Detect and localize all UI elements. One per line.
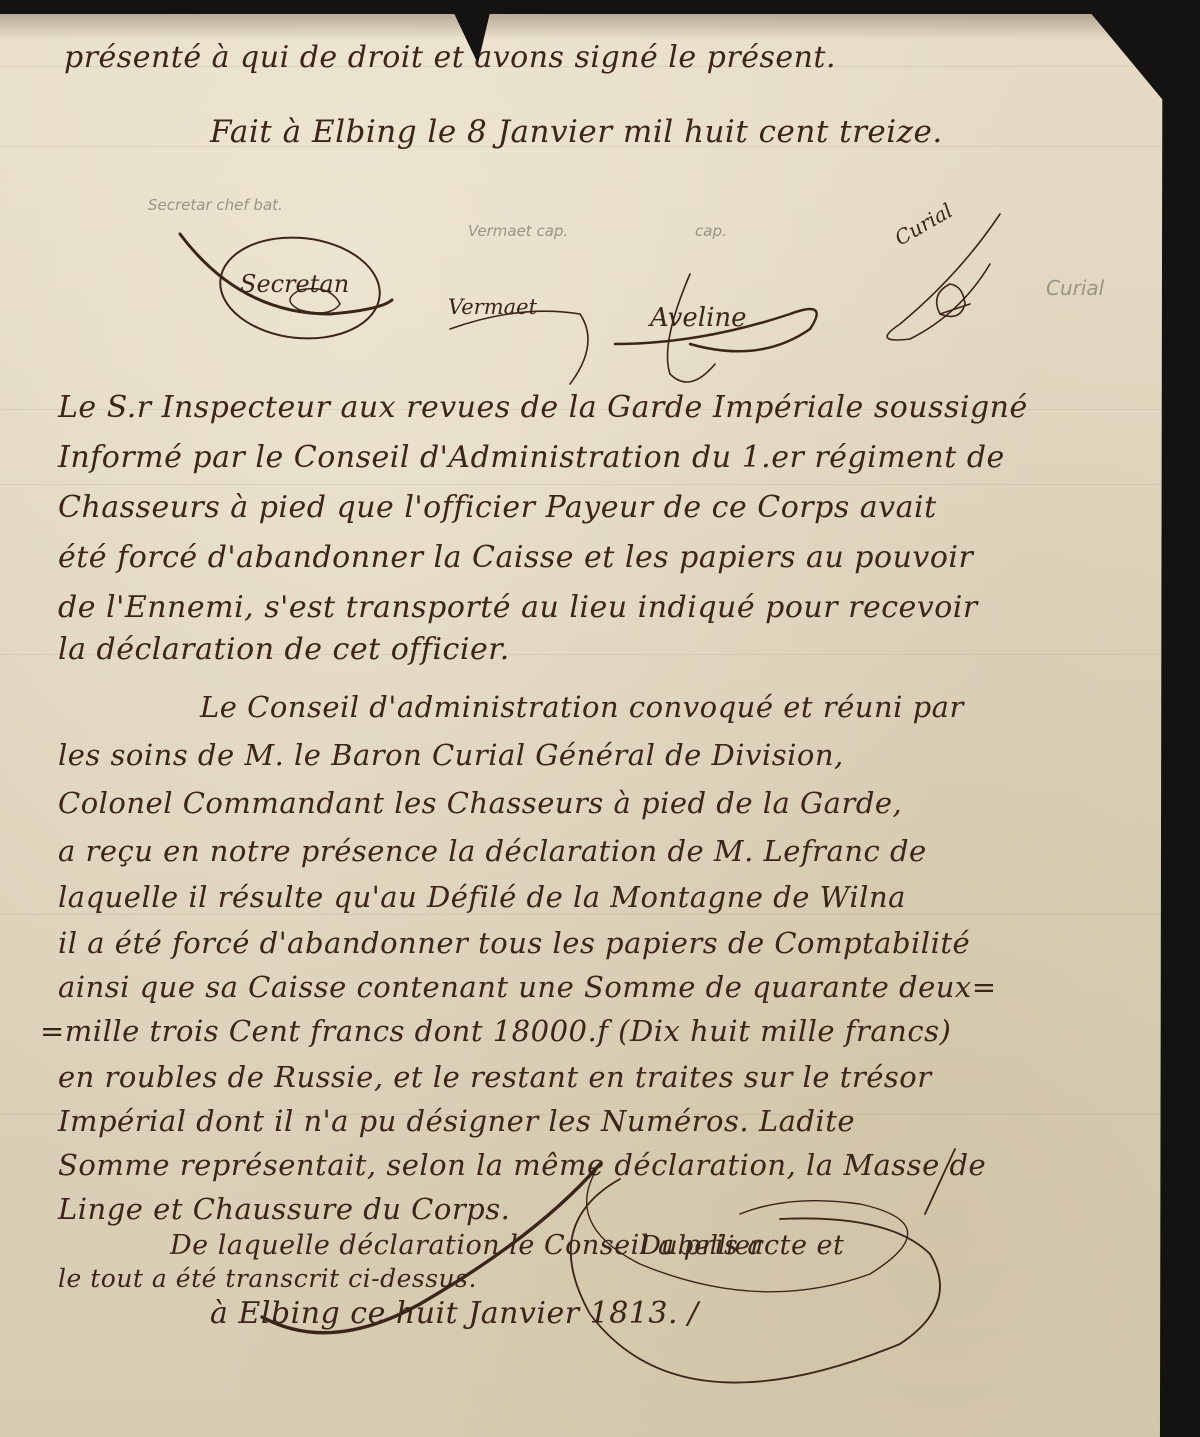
body-p2-line-5: laquelle il résulte qu'au Défilé de la M…	[58, 880, 906, 914]
body-p2-line-2: les soins de M. le Baron Curial Général …	[58, 738, 844, 772]
pencil-note-cap: cap.	[695, 222, 727, 240]
body-p1-line-6: la déclaration de cet officier.	[58, 632, 510, 667]
body-p1-line-5: de l'Ennemi, s'est transporté au lieu in…	[58, 590, 978, 625]
body-p3-line-2: le tout a été transcrit ci-dessus.	[58, 1264, 477, 1293]
manuscript-page: présenté à qui de droit et avons signé l…	[0, 14, 1180, 1437]
body-p2-line-3: Colonel Commandant les Chasseurs à pied …	[58, 786, 902, 820]
ruled-line	[0, 484, 1180, 485]
body-p3-line-1: De laquelle déclaration le Conseil a pri…	[170, 1230, 844, 1261]
body-p2-line-1: Le Conseil d'administration convoqué et …	[200, 690, 964, 724]
signature-first: Secretan	[240, 270, 349, 298]
body-p2-line-12: Linge et Chaussure du Corps.	[58, 1192, 510, 1226]
body-p1-line-1: Le S.r Inspecteur aux revues de la Garde…	[58, 390, 1028, 425]
body-p2-line-10: Impérial dont il n'a pu désigner les Num…	[58, 1104, 855, 1138]
body-p1-line-2: Informé par le Conseil d'Administration …	[58, 440, 1005, 475]
body-p2-line-4: a reçu en notre présence la déclaration …	[58, 834, 927, 868]
body-p2-line-9: en roubles de Russie, et le restant en t…	[58, 1060, 932, 1094]
signature-third: Aveline	[648, 303, 747, 333]
header-line-2: Fait à Elbing le 8 Janvier mil huit cent…	[210, 114, 943, 150]
body-p2-line-6: il a été forcé d'abandonner tous les pap…	[58, 926, 970, 960]
body-p2-line-11: Somme représentait, selon la même déclar…	[58, 1148, 986, 1182]
body-p2-line-8: =mille trois Cent francs dont 18000.f (D…	[40, 1014, 951, 1048]
ruled-line	[0, 914, 1180, 915]
pencil-note-curial: Curial	[1046, 276, 1104, 300]
body-p1-line-3: Chasseurs à pied que l'officier Payeur d…	[58, 490, 937, 525]
signature-second: Vermaet	[448, 295, 538, 319]
signature-fourth: Curial	[891, 198, 957, 250]
body-p2-line-7: ainsi que sa Caisse contenant une Somme …	[58, 970, 997, 1004]
pencil-note-secretary: Secretar chef bat.	[148, 196, 283, 214]
header-line-1: présenté à qui de droit et avons signé l…	[64, 40, 836, 75]
body-p1-line-4: été forcé d'abandonner la Caisse et les …	[58, 540, 973, 575]
closing-date-line: à Elbing ce huit Janvier 1813. /	[210, 1296, 699, 1331]
pencil-note-vermaet: Vermaet cap.	[468, 222, 568, 240]
